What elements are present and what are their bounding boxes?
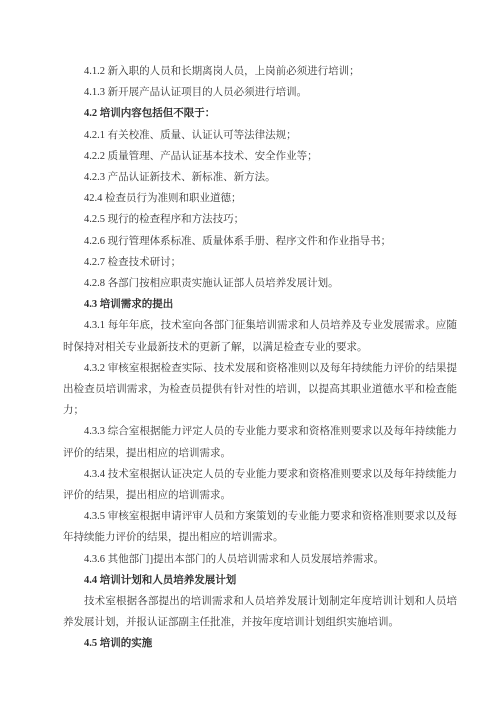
paragraph-4-4-body: 技术室根据各部提出的培训需求和人员培养发展计划制定年度培训计划和人员培养发展计划… — [63, 591, 457, 633]
paragraph-4-3-4: 4.3.4 技术室根据认证决定人员的专业能力要求和资格准则要求以及每年持续能力评… — [63, 464, 457, 506]
heading-4-4: 4.4 培训计划和人员培养发展计划 — [63, 570, 457, 591]
paragraph-4-2-6: 4.2.6 现行管理体系标准、质量体系手册、程序文件和作业指导书； — [63, 231, 457, 252]
paragraph-42-4: 42.4 检查员行为准则和职业道德； — [63, 188, 457, 209]
paragraph-4-3-6: 4.3.6 其他部门]提出本部门的人员培训需求和人员发展培养需求。 — [63, 549, 457, 570]
heading-4-5: 4.5 培训的实施 — [63, 633, 457, 654]
paragraph-4-3-5: 4.3.5 审核室根据申请评审人员和方案策划的专业能力要求和资格准则要求以及每年… — [63, 506, 457, 548]
paragraph-4-3-1: 4.3.1 每年年底，技术室向各部门征集培训需求和人员培养及专业发展需求。应随时… — [63, 315, 457, 357]
paragraph-4-1-3: 4.1.3 新开展产品认证项目的人员必须进行培训。 — [63, 82, 457, 103]
paragraph-4-2-7: 4.2.7 检查技术研讨； — [63, 252, 457, 273]
paragraph-4-3-3: 4.3.3 综合室根据能力评定人员的专业能力要求和资格准则要求以及每年持续能力评… — [63, 421, 457, 463]
paragraph-4-2-1: 4.2.1 有关校准、质量、认证认可等法律法规； — [63, 125, 457, 146]
paragraph-4-1-2: 4.1.2 新入职的人员和长期离岗人员，上岗前必须进行培训； — [63, 61, 457, 82]
heading-4-3: 4.3 培训需求的提出 — [63, 294, 457, 315]
document-page: 4.1.2 新入职的人员和长期离岗人员，上岗前必须进行培训； 4.1.3 新开展… — [0, 0, 500, 707]
heading-4-2: 4.2 培训内容包括但不限于： — [63, 103, 457, 124]
paragraph-4-2-2: 4.2.2 质量管理、产品认证基本技术、安全作业等； — [63, 146, 457, 167]
paragraph-4-2-3: 4.2.3 产品认证新技术、新标准、新方法。 — [63, 167, 457, 188]
paragraph-4-2-5: 4.2.5 现行的检查程序和方法技巧； — [63, 209, 457, 230]
paragraph-4-2-8: 4.2.8 各部门按相应职责实施认证部人员培养发展计划。 — [63, 273, 457, 294]
paragraph-4-3-2: 4.3.2 审核室根据检查实际、技术发展和资格准则以及每年持续能力评价的结果提出… — [63, 358, 457, 422]
document-body: 4.1.2 新入职的人员和长期离岗人员，上岗前必须进行培训； 4.1.3 新开展… — [63, 61, 457, 655]
